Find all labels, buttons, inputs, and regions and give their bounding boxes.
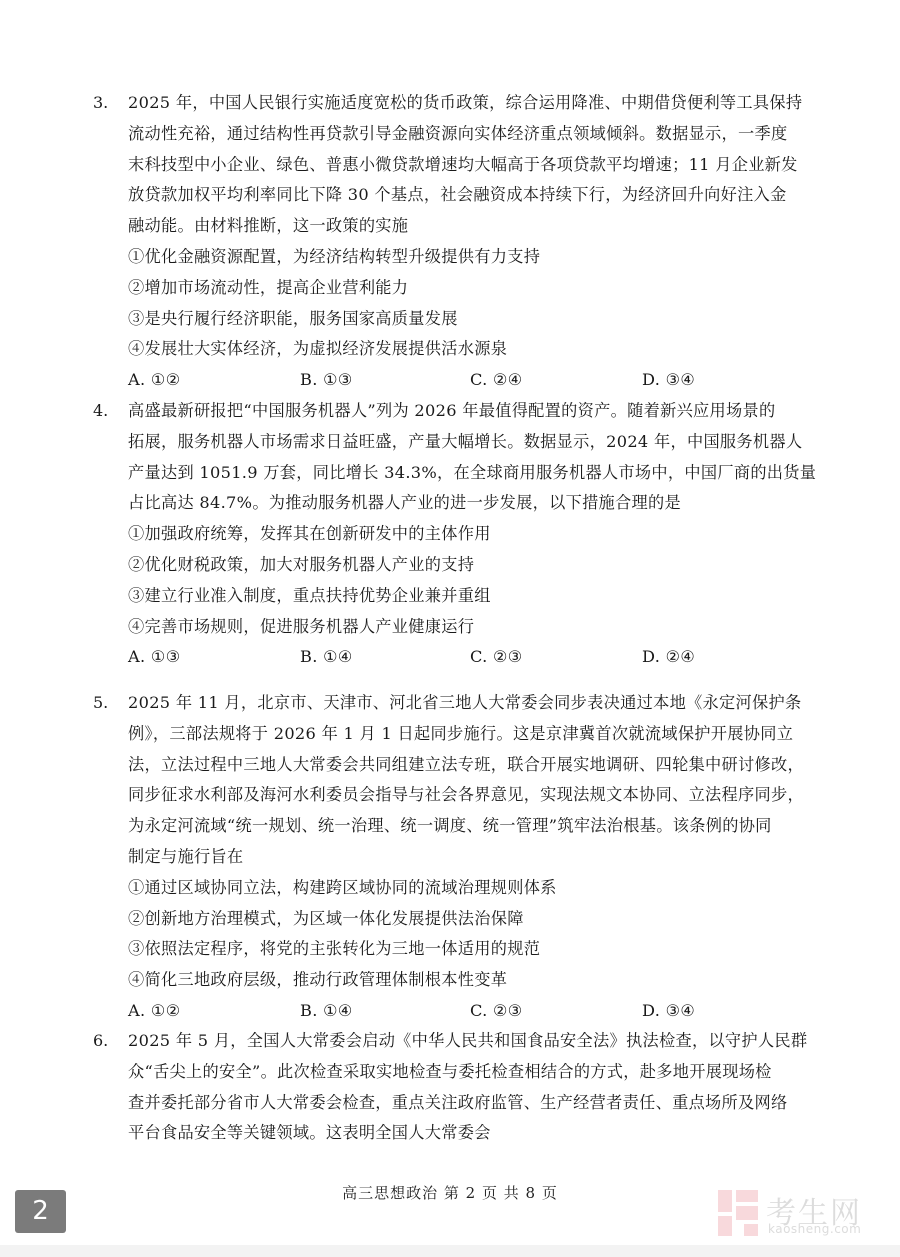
question-6: 6. 2025 年 5 月，全国人大常委会启动《中华人民共和国食品安全法》执法检… bbox=[93, 1026, 809, 1149]
statement-4: ④完善市场规则，促进服务机器人产业健康运行 bbox=[128, 612, 809, 643]
statement-3: ③依照法定程序，将党的主张转化为三地一体适用的规范 bbox=[128, 934, 809, 965]
question-stem-line: 占比高达 84.7%。为推动服务机器人产业的进一步发展，以下措施合理的是 bbox=[128, 488, 809, 519]
statement-3: ③建立行业准入制度，重点扶持优势企业兼并重组 bbox=[128, 581, 809, 612]
question-stem-line: 2025 年 5 月，全国人大常委会启动《中华人民共和国食品安全法》执法检查，以… bbox=[128, 1026, 809, 1057]
page-number-badge: 2 bbox=[15, 1190, 66, 1233]
option-a: A. ①③ bbox=[128, 642, 181, 673]
option-c: C. ②③ bbox=[470, 996, 523, 1027]
question-stem-line: 2025 年 11 月，北京市、天津市、河北省三地人大常委会同步表决通过本地《永… bbox=[128, 688, 809, 719]
option-b: B. ①④ bbox=[300, 642, 353, 673]
option-a: A. ①② bbox=[128, 365, 181, 396]
question-stem-line: 为永定河流域“统一规划、统一治理、统一调度、统一管理”筑牢法治根基。该条例的协同 bbox=[128, 811, 809, 842]
question-stem-line: 众“舌尖上的安全”。此次检查采取实地检查与委托检查相结合的方式，赴多地开展现场检 bbox=[128, 1057, 809, 1088]
option-d: D. ③④ bbox=[642, 996, 695, 1027]
question-stem-line: 流动性充裕，通过结构性再贷款引导金融资源向实体经济重点领域倾斜。数据显示，一季度 bbox=[128, 119, 809, 150]
logo-domain-text: kaosheng.com bbox=[768, 1222, 861, 1236]
option-b: B. ①③ bbox=[300, 365, 353, 396]
question-stem-line: 末科技型中小企业、绿色、普惠小微贷款增速均大幅高于各项贷款平均增速；11 月企业… bbox=[128, 150, 809, 181]
question-stem-line: 放贷款加权平均利率同比下降 30 个基点，社会融资成本持续下行，为经济回升向好注… bbox=[128, 180, 809, 211]
answer-options: A. ①② B. ①③ C. ②④ D. ③④ bbox=[128, 365, 809, 396]
statement-1: ①通过区域协同立法，构建跨区域协同的流域治理规则体系 bbox=[128, 873, 809, 904]
statement-1: ①优化金融资源配置，为经济结构转型升级提供有力支持 bbox=[128, 242, 809, 273]
question-stem-line: 法，立法过程中三地人大常委会共同组建立法专班，联合开展实地调研、四轮集中研讨修改… bbox=[128, 750, 809, 781]
answer-options: A. ①③ B. ①④ C. ②③ D. ②④ bbox=[128, 642, 809, 673]
option-c: C. ②③ bbox=[470, 642, 523, 673]
option-c: C. ②④ bbox=[470, 365, 523, 396]
option-d: D. ③④ bbox=[642, 365, 695, 396]
question-stem-line: 查并委托部分省市人大常委会检查，重点关注政府监管、生产经营者责任、重点场所及网络 bbox=[128, 1088, 809, 1119]
question-stem-line: 拓展，服务机器人市场需求日益旺盛，产量大幅增长。数据显示，2024 年，中国服务… bbox=[128, 427, 809, 458]
question-stem-line: 高盛最新研报把“中国服务机器人”列为 2026 年最值得配置的资产。随着新兴应用… bbox=[128, 396, 809, 427]
question-stem-line: 2025 年，中国人民银行实施适度宽松的货币政策，综合运用降准、中期借贷便利等工… bbox=[128, 88, 809, 119]
question-stem-line: 融动能。由材料推断，这一政策的实施 bbox=[128, 211, 809, 242]
question-3: 3. 2025 年，中国人民银行实施适度宽松的货币政策，综合运用降准、中期借贷便… bbox=[93, 88, 809, 396]
question-number: 6. bbox=[93, 1026, 108, 1057]
kaosheng-watermark-logo: 考生网 kaosheng.com bbox=[718, 1190, 888, 1242]
statement-1: ①加强政府统筹，发挥其在创新研发中的主体作用 bbox=[128, 519, 809, 550]
statement-2: ②优化财税政策，加大对服务机器人产业的支持 bbox=[128, 550, 809, 581]
question-5: 5. 2025 年 11 月，北京市、天津市、河北省三地人大常委会同步表决通过本… bbox=[93, 688, 809, 1027]
statement-2: ②增加市场流动性，提高企业营利能力 bbox=[128, 273, 809, 304]
option-a: A. ①② bbox=[128, 996, 181, 1027]
kaosheng-logo-icon bbox=[718, 1190, 758, 1236]
answer-options: A. ①② B. ①④ C. ②③ D. ③④ bbox=[128, 996, 809, 1027]
statement-4: ④简化三地政府层级，推动行政管理体制根本性变革 bbox=[128, 965, 809, 996]
question-number: 3. bbox=[93, 88, 108, 119]
option-d: D. ②④ bbox=[642, 642, 695, 673]
question-stem-line: 产量达到 1051.9 万套，同比增长 34.3%，在全球商用服务机器人市场中，… bbox=[128, 458, 809, 489]
question-stem-line: 制定与施行旨在 bbox=[128, 842, 809, 873]
question-4: 4. 高盛最新研报把“中国服务机器人”列为 2026 年最值得配置的资产。随着新… bbox=[93, 396, 809, 673]
question-stem-line: 平台食品安全等关键领域。这表明全国人大常委会 bbox=[128, 1118, 809, 1149]
statement-4: ④发展壮大实体经济，为虚拟经济发展提供活水源泉 bbox=[128, 334, 809, 365]
question-stem-line: 同步征求水利部及海河水利委员会指导与社会各界意见，实现法规文本协同、立法程序同步… bbox=[128, 780, 809, 811]
question-number: 5. bbox=[93, 688, 108, 719]
question-number: 4. bbox=[93, 396, 108, 427]
viewer-bottom-strip bbox=[0, 1245, 900, 1257]
exam-page: 3. 2025 年，中国人民银行实施适度宽松的货币政策，综合运用降准、中期借贷便… bbox=[0, 0, 900, 1245]
question-stem-line: 例》，三部法规将于 2026 年 1 月 1 日起同步施行。这是京津冀首次就流域… bbox=[128, 719, 809, 750]
statement-2: ②创新地方治理模式，为区域一体化发展提供法治保障 bbox=[128, 904, 809, 935]
statement-3: ③是央行履行经济职能，服务国家高质量发展 bbox=[128, 304, 809, 335]
option-b: B. ①④ bbox=[300, 996, 353, 1027]
